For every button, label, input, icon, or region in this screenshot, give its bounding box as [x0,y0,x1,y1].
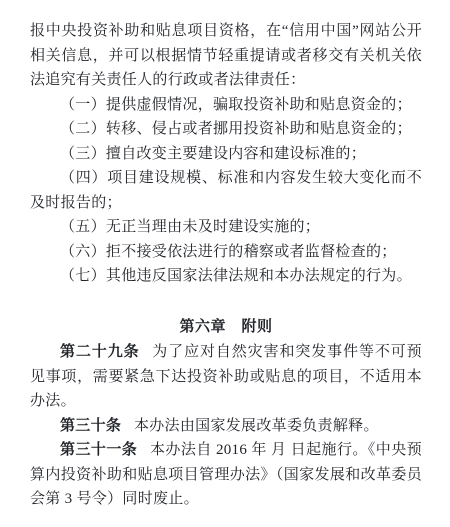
document-body: 报中央投资补助和贴息项目资格，在“信用中国”网站公开相关信息，并可以根据情节轻重… [30,19,422,512]
document-page: 报中央投资补助和贴息项目资格，在“信用中国”网站公开相关信息，并可以根据情节轻重… [0,0,450,527]
list-item-paragraph: （五）无正当理由未及时建设实施的； [30,215,422,240]
list-item-paragraph: （四）项目建设规模、标准和内容发生较大变化而不及时报告的； [30,166,422,215]
list-item-paragraph: （三）擅自改变主要建设内容和建设标准的； [30,142,422,167]
article-number: 第二十九条 [60,344,140,360]
article-number: 第三十一条 [60,442,137,458]
chapter-heading: 第六章 附则 [30,315,422,340]
body-paragraph: 报中央投资补助和贴息项目资格，在“信用中国”网站公开相关信息，并可以根据情节轻重… [30,19,422,93]
list-item-paragraph: （六）拒不接受依法进行的稽察或者监督检查的； [30,240,422,265]
list-item-paragraph: （二）转移、侵占或者挪用投资补助和贴息资金的； [30,117,422,142]
article-paragraph: 第二十九条为了应对自然灾害和突发事件等不可预见事项，需要紧急下达投资补助或贴息的… [30,340,422,414]
article-text: 本办法由国家发展改革委负责解释。 [134,418,379,434]
list-item-paragraph: （一）提供虚假情况，骗取投资补助和贴息资金的； [30,93,422,118]
article-paragraph: 第三十一条本办法自 2016 年 月 日起施行。《中央预算内投资补助和贴息项目管… [30,438,422,512]
article-paragraph: 第三十条本办法由国家发展改革委负责解释。 [30,414,422,439]
article-number: 第三十条 [60,418,121,434]
list-item-paragraph: （七）其他违反国家法律法规和本办法规定的行为。 [30,264,422,289]
